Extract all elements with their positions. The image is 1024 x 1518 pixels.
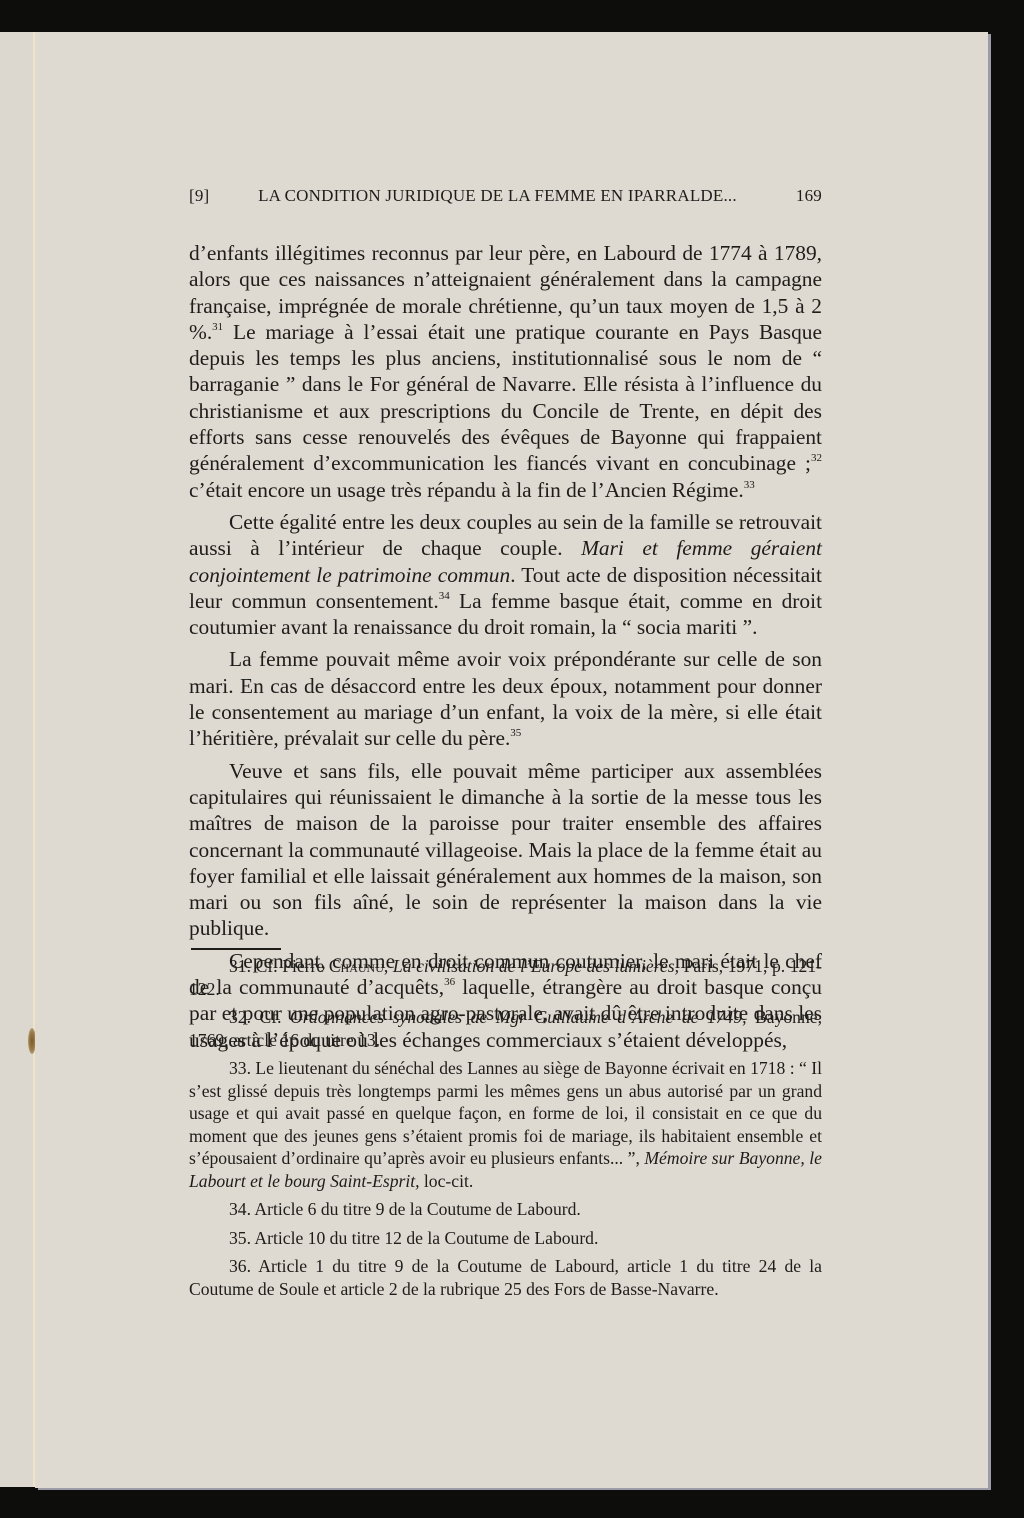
footnote: 32. Cf. Ordonnances synodales de Mgr Gui… <box>189 1006 822 1051</box>
italic-text: Mémoire sur Bayonne, le Labourt et le bo… <box>189 1148 822 1191</box>
footnote-ref: 35 <box>510 727 521 739</box>
italic-text: Ordonnances synodales de Mgr Guillaume d… <box>290 1007 747 1027</box>
footnote-ref: 31 <box>212 321 223 333</box>
footnote-ref: 34 <box>439 590 450 602</box>
paragraph: Cette égalité entre les deux couples au … <box>189 509 822 640</box>
footnote: 34. Article 6 du titre 9 de la Coutume d… <box>189 1198 822 1221</box>
italic-text: La civilisation de l’Europe des lumières… <box>393 956 679 976</box>
footnote: 36. Article 1 du titre 9 de la Coutume d… <box>189 1255 822 1300</box>
footnote: 33. Le lieutenant du sénéchal des Lannes… <box>189 1057 822 1192</box>
footnotes: 31. Cf. Pierre Chaunu, La civilisation d… <box>189 955 822 1306</box>
footnote: 35. Article 10 du titre 12 de la Coutume… <box>189 1227 822 1250</box>
footnote-ref: 32 <box>811 452 822 464</box>
author-name: Chaunu <box>329 956 384 976</box>
running-head: [9] LA CONDITION JURIDIQUE DE LA FEMME E… <box>189 186 822 206</box>
italic-text: Mari et femme géraient conjointement le … <box>189 536 822 586</box>
footnote: 31. Cf. Pierre Chaunu, La civilisation d… <box>189 955 822 1000</box>
paragraph: La femme pouvait même avoir voix prépond… <box>189 646 822 751</box>
paragraph: Veuve et sans fils, elle pouvait même pa… <box>189 758 822 942</box>
footnote-rule <box>191 948 281 950</box>
footnote-ref: 33 <box>744 479 755 491</box>
paragraph: d’enfants illégitimes reconnus par leur … <box>189 240 822 503</box>
page-number: 169 <box>796 186 822 206</box>
facing-page-edge <box>0 32 35 1487</box>
section-folio: [9] <box>189 186 229 206</box>
body-text: d’enfants illégitimes reconnus par leur … <box>189 240 822 1053</box>
running-title: LA CONDITION JURIDIQUE DE LA FEMME EN IP… <box>229 186 796 206</box>
